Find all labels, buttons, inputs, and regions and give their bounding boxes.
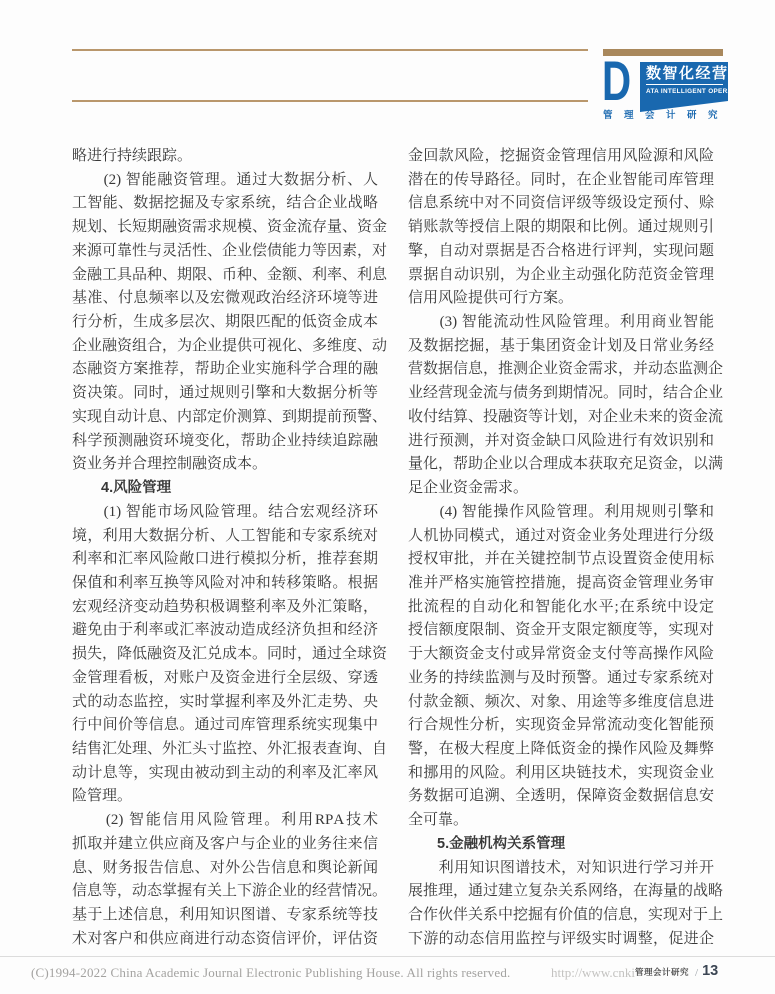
text-line: 于大额资金支付或异常资金支付等高操作风险 (408, 643, 714, 667)
text-line: 务数据可追溯、全透明，保障资金数据信息安 (408, 785, 714, 809)
text-line: 金融工具品种、期限、币种、金额、利率、利息 (72, 264, 378, 288)
text-line: 利率和汇率风险敞口进行模拟分析，推荐套期 (72, 548, 378, 572)
text-line: 术对客户和供应商进行动态资信评价，评估资 (72, 928, 378, 952)
text-line: 基于上述信息，利用知识图谱、专家系统等技 (72, 904, 378, 928)
text-line: 进行预测，并对资金缺口风险进行有效识别和 (408, 430, 714, 454)
text-line: 避免由于利率或汇率波动造成经济负担和经济 (72, 619, 378, 643)
page-number: 13 (702, 963, 718, 979)
text-line: 境，利用大数据分析、人工智能和专家系统对 (72, 525, 378, 549)
footer-divider (0, 956, 775, 957)
text-line: 资决策。同时，通过规则引擎和大数据分析等 (72, 382, 378, 406)
journal-name: 管理会计研究 (635, 966, 689, 978)
text-line: 利用知识图谱技术，对知识进行学习并开 (408, 857, 714, 881)
text-line: 票据自动识别，为企业主动强化防范资金管理 (408, 264, 714, 288)
page-separator: / (695, 967, 698, 979)
text-line: 略进行持续跟踪。 (72, 145, 378, 169)
text-line: 业务的持续监测与及时预警。通过专家系统对 (408, 667, 714, 691)
text-line: (2) 智能融资管理。通过大数据分析、人 (72, 169, 378, 193)
text-line: 潜在的传导路径。同时，在企业智能司库管理 (408, 169, 714, 193)
right-column: 金回款风险，挖掘资金管理信用风险源和风险潜在的传导路径。同时，在企业智能司库管理… (408, 145, 714, 951)
text-line: 擎，自动对票据是否合格进行评判，实现问题 (408, 240, 714, 264)
text-line: 合作伙伴关系中挖掘有价值的信息，实现对于上 (408, 904, 714, 928)
text-line: 下游的动态信用监控与评级实时调整，促进企 (408, 928, 714, 952)
text-line: 行中间价等信息。通过司库管理系统实现集中 (72, 714, 378, 738)
text-line: 损失，降低融资及汇兑成本。同时，通过全球资 (72, 643, 378, 667)
text-line: (1) 智能市场风险管理。结合宏观经济环 (72, 501, 378, 525)
text-line: 企业融资组合，为企业提供可视化、多维度、动 (72, 335, 378, 359)
text-line: 行合规性分析，实现资金异常流动变化智能预 (408, 714, 714, 738)
text-line: 金管理看板，对账户及资金进行全层级、穿透 (72, 667, 378, 691)
cnki-url: http://www.cnki (551, 965, 635, 981)
logo-divider (646, 84, 723, 85)
text-line: 宏观经济变动趋势积极调整利率及外汇策略， (72, 596, 378, 620)
footer-right-block: http://www.cnki管理会计研究/13 (551, 962, 718, 978)
text-line: 4.风险管理 (72, 477, 378, 501)
text-line: 警，在极大程度上降低资金的操作风险及舞弊 (408, 738, 714, 762)
text-line: 和挪用的风险。利用区块链技术，实现资金业 (408, 762, 714, 786)
text-line: 险管理。 (72, 785, 378, 809)
logo-banner: 数智化经营 ATA INTELLIGENT OPERATION (640, 62, 728, 112)
text-line: 全可靠。 (408, 809, 714, 833)
text-line: 动计息等，实现由被动到主动的利率及汇率风 (72, 762, 378, 786)
text-line: 量化，帮助企业以合理成本获取充足资金，以满 (408, 453, 714, 477)
text-line: 结售汇处理、外汇头寸监控、外汇报表查询、自 (72, 738, 378, 762)
text-line: 式的动态监控，实时掌握利率及外汇走势、央 (72, 691, 378, 715)
text-line: 行分析，生成多层次、期限匹配的低资金成本 (72, 311, 378, 335)
text-line: 信息系统中对不同资信评级等级设定预付、赊 (408, 192, 714, 216)
text-line: 工智能、数据挖掘及专家系统，结合企业战略 (72, 192, 378, 216)
logo-subtitle: ATA INTELLIGENT OPERATION (646, 88, 728, 95)
text-line: 5.金融机构关系管理 (408, 833, 714, 857)
text-line: 态融资方案推荐，帮助企业实施科学合理的融 (72, 358, 378, 382)
text-line: (2) 智能信用风险管理。利用RPA技术 (72, 809, 378, 833)
text-line: 批流程的自动化和智能化水平;在系统中设定 (408, 596, 714, 620)
text-line: 营数据信息，推测企业资金需求，并动态监测企 (408, 358, 714, 382)
text-line: 付款金额、频次、对象、用途等多维度信息进 (408, 691, 714, 715)
text-line: 收付结算、投融资等计划，对企业未来的资金流 (408, 406, 714, 430)
text-line: 信用风险提供可行方案。 (408, 287, 714, 311)
text-line: 基准、付息频率以及宏微观政治经济环境等进 (72, 287, 378, 311)
text-line: (4) 智能操作风险管理。利用规则引擎和 (408, 501, 714, 525)
text-line: 来源可靠性与灵活性、企业偿债能力等因素，对 (72, 240, 378, 264)
text-line: 展推理，通过建立复杂关系网络，在海量的战略 (408, 880, 714, 904)
text-line: (3) 智能流动性风险管理。利用商业智能 (408, 311, 714, 335)
text-line: 实现自动计息、内部定价测算、到期提前预警、 (72, 406, 378, 430)
logo-caption: 管理会计研究 (603, 107, 729, 121)
header-rule-bottom (72, 100, 588, 102)
text-line: 保值和利率互换等风险对冲和转移策略。根据 (72, 572, 378, 596)
logo-letter-d: D (602, 56, 631, 106)
text-line: 足企业资金需求。 (408, 477, 714, 501)
text-line: 授权审批，并在关键控制节点设置资金使用标 (408, 548, 714, 572)
logo-title: 数智化经营 (646, 65, 728, 83)
text-line: 授信额度限制、资金开支限定额度等，实现对 (408, 619, 714, 643)
page-footer: (C)1994-2022 China Academic Journal Elec… (0, 962, 775, 986)
text-line: 资业务并合理控制融资成本。 (72, 453, 378, 477)
left-column: 略进行持续跟踪。 (2) 智能融资管理。通过大数据分析、人工智能、数据挖掘及专家… (72, 145, 378, 951)
header-rule-top (72, 49, 588, 51)
text-line: 业经营现金流与债务到期情况。同时，结合企业 (408, 382, 714, 406)
text-line: 信息等，动态掌握有关上下游企业的经营情况。 (72, 880, 378, 904)
text-line: 及数据挖掘，基于集团资金计划及日常业务经 (408, 335, 714, 359)
copyright-text: (C)1994-2022 China Academic Journal Elec… (31, 965, 511, 981)
text-line: 科学预测融资环境变化，帮助企业持续追踪融 (72, 430, 378, 454)
text-line: 人机协同模式，通过对资金业务处理进行分级 (408, 525, 714, 549)
text-line: 抓取并建立供应商及客户与企业的业务往来信 (72, 833, 378, 857)
text-line: 金回款风险，挖掘资金管理信用风险源和风险 (408, 145, 714, 169)
text-line: 规划、长短期融资需求规模、资金流存量、资金 (72, 216, 378, 240)
text-line: 准并严格实施管控措施，提高资金管理业务审 (408, 572, 714, 596)
text-line: 销账款等授信上限的期限和比例。通过规则引 (408, 216, 714, 240)
text-line: 息、财务报告信息、对外公告信息和舆论新闻 (72, 857, 378, 881)
